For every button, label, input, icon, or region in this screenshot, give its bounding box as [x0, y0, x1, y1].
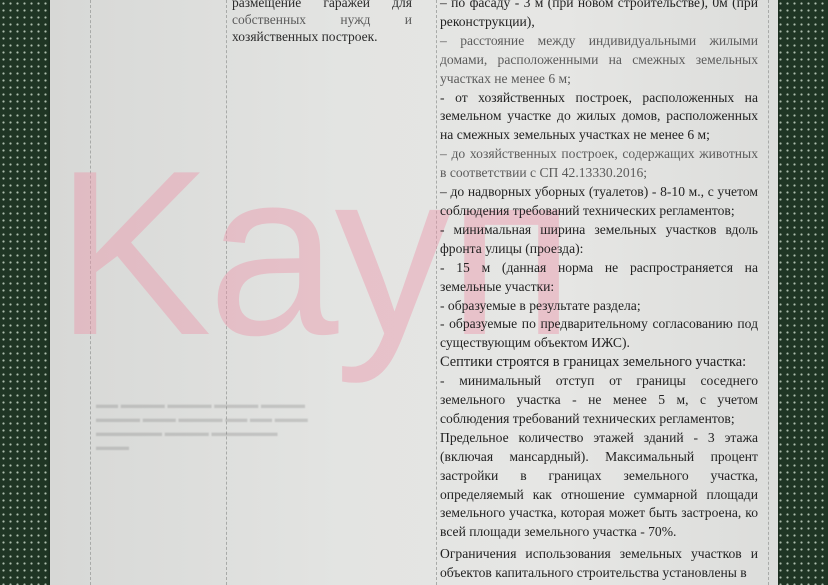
left-column-text: размещение гаражей для собственных нужд … — [232, 0, 412, 45]
right-column-text: – по фасаду - 3 м (при новом строительст… — [440, 0, 758, 583]
paragraph: - 15 м (данная норма не распространяется… — [440, 259, 758, 297]
bleed-through-text: ▬▬ ▬▬▬▬ ▬▬▬▬ ▬▬▬▬ ▬▬▬▬▬▬▬▬ ▬▬▬ ▬▬▬▬ ▬▬ ▬… — [96, 398, 426, 454]
paragraph: – до хозяйственных построек, содержащих … — [440, 145, 758, 183]
paragraph: Предельное количество этажей зданий - 3 … — [440, 429, 758, 542]
paragraph: - минимальная ширина земельных участков … — [440, 221, 758, 259]
paragraph: - минимальный отступ от границы соседнег… — [440, 372, 758, 429]
paragraph: – расстояние между индивидуальными жилым… — [440, 32, 758, 89]
paragraph: - образуемые по предварительному согласо… — [440, 315, 758, 353]
table-border-left — [90, 0, 91, 585]
table-border-right — [768, 0, 769, 585]
table-border-middle — [436, 0, 437, 585]
paragraph: Ограничения использования земельных учас… — [440, 545, 758, 583]
left-line: собственных нужд и — [232, 11, 412, 28]
left-line: хозяйственных построек. — [232, 28, 412, 45]
left-line: размещение гаражей для — [232, 0, 412, 11]
paragraph: - образуемые в результате раздела; — [440, 297, 758, 316]
table-border-inner — [226, 0, 227, 585]
paragraph: - от хозяйственных построек, расположенн… — [440, 89, 758, 146]
paragraph: – до надворных уборных (туалетов) - 8-10… — [440, 183, 758, 221]
paragraph: Септики строятся в границах земельного у… — [440, 353, 758, 372]
paragraph: – по фасаду - 3 м (при новом строительст… — [440, 0, 758, 32]
